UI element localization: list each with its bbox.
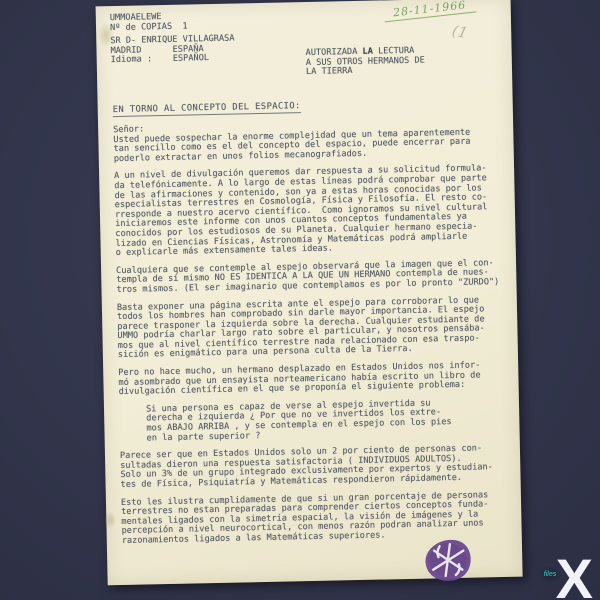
paragraph: Basta exponer una página escrita ante el…: [117, 295, 506, 361]
document-title: EN TORNO AL CONCEPTO DEL ESPACIO:: [113, 101, 301, 117]
letter-body: EN TORNO AL CONCEPTO DEL ESPACIO: Señor:…: [112, 89, 509, 555]
ummo-stamp-icon: [420, 535, 476, 586]
letterhead: UMMOAELEWE Nº de COPIAS 1 SR D- ENRIQUE …: [110, 12, 235, 67]
paragraph: Pero no hace mucho, un hermano desplazad…: [118, 361, 507, 398]
authorization-note: AUTORIZADA LA LECTURA A SUS OTROS HERMAN…: [306, 47, 426, 78]
paragraph: A un nivel de divulgación queremos dar r…: [114, 164, 504, 258]
paragraph: Si una persona es capaz de verse al espe…: [119, 398, 508, 444]
language-line: Idioma : ESPAÑOL: [111, 54, 235, 66]
paragraph: Cualquiera que se contemple al espejo ob…: [116, 259, 505, 296]
paragraph: Parece ser que en Estados Unidos solo un…: [120, 444, 509, 490]
photo-background: UMMOAELEWE Nº de COPIAS 1 SR D- ENRIQUE …: [0, 0, 600, 600]
pencil-mark: (1: [450, 21, 469, 42]
authorization-bold-word: LA: [362, 47, 373, 57]
watermark-badge: files: [539, 567, 561, 582]
watermark-x-icon: X: [556, 551, 593, 600]
paper-smudge: [104, 511, 116, 529]
handwritten-date: 28-11-1966: [383, 0, 476, 22]
watermark: X files: [537, 541, 595, 599]
paragraphs-container: Señor:Usted puede sospechar la enorme co…: [113, 118, 510, 547]
paragraph: Señor:Usted puede sospechar la enorme co…: [113, 118, 502, 164]
authorization-line3: LA TIERRA: [306, 66, 425, 78]
document-page: UMMOAELEWE Nº de COPIAS 1 SR D- ENRIQUE …: [96, 0, 523, 585]
